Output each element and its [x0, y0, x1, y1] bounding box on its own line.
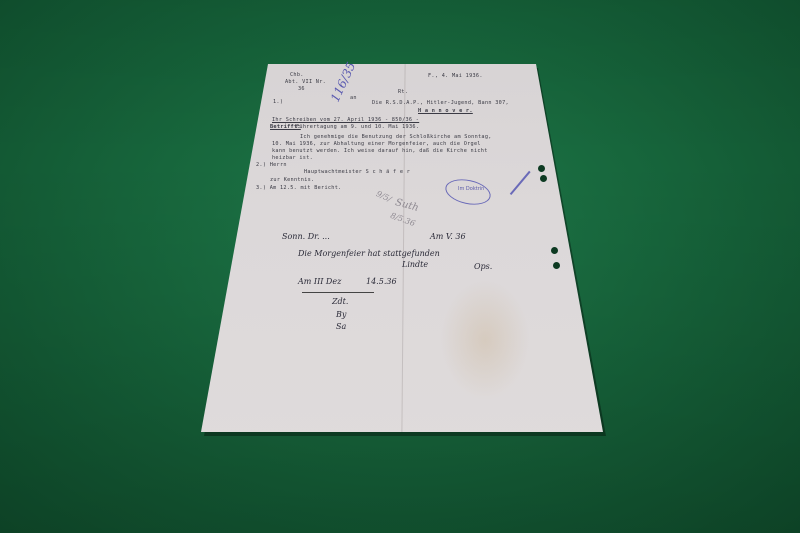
item-2: 2.) Herrn [256, 162, 287, 168]
item-3: 3.) Am 12.5. mit Bericht. [256, 185, 342, 191]
header-ref-3: 36 [298, 86, 305, 92]
handwritten-note: Am III Dez [298, 277, 341, 286]
body-line: Ich genehmige die Benutzung der Schloßki… [300, 134, 492, 140]
handwritten-rule [302, 292, 374, 293]
handwritten-initials: Zdt. [332, 297, 348, 306]
handwritten-date: 14.5.36 [366, 277, 397, 286]
date-line: F., 4. Mai 1936. [428, 73, 483, 79]
reference-line: Ihr Schreiben vom 27. April 1936 - 850/3… [272, 117, 419, 123]
handwritten-signature: Lindte [402, 260, 428, 269]
subject-text: Führertagung am 9. und 10. Mai 1936. [296, 124, 419, 130]
header-ref-2: Abt. VII Nr. [285, 79, 326, 85]
handwritten-note: Die Morgenfeier hat stattgefunden [298, 249, 440, 258]
addressee-line: Die R.S.D.A.P., Hitler-Jugend, Bann 307, [372, 100, 509, 106]
body-line: heizbar ist. [272, 155, 313, 161]
item-2-name: Hauptwachtmeister S c h ä f e r [304, 169, 410, 175]
handwritten-initials: Sa [336, 322, 346, 331]
punch-hole [538, 165, 545, 172]
item-2-note: zur Kenntnis. [270, 177, 315, 183]
paper-stain [440, 280, 530, 400]
body-line: 10. Mai 1936, zur Abhaltung einer Morgen… [272, 141, 481, 147]
addressee-rt: Rt. [398, 89, 408, 95]
handwritten-note: Am V. 36 [430, 232, 466, 241]
punch-hole [540, 175, 547, 182]
handwritten-initials: By [336, 310, 346, 319]
body-line: kann benutzt werden. Ich weise darauf hi… [272, 148, 488, 154]
header-ref-1: Chb. [290, 72, 304, 78]
stamp-text: Im Doktrin [458, 186, 484, 192]
handwritten-note: Ops. [474, 262, 492, 271]
item-1-marker: 1.) [273, 99, 283, 105]
an-label: an [350, 95, 357, 101]
punch-hole [553, 262, 560, 269]
punch-hole [551, 247, 558, 254]
addressee-city: H a n n o v e r. [418, 108, 473, 114]
handwritten-note: Sonn. Dr. ... [282, 232, 330, 241]
